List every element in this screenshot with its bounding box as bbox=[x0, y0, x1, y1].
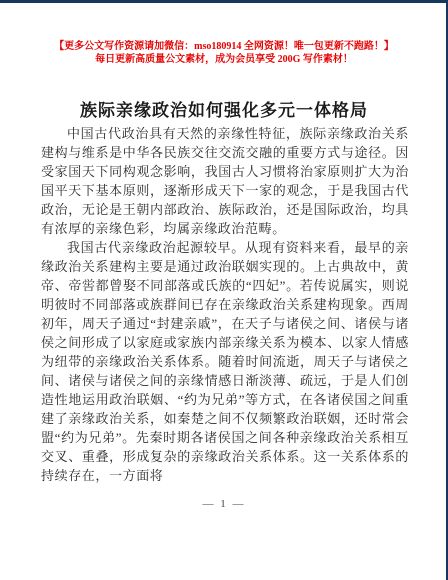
promo-banner: 【更多公文写作资源请加微信：mso180914 全网资源！唯一包更新不跑路！】 … bbox=[0, 40, 448, 66]
document-page: 【更多公文写作资源请加微信：mso180914 全网资源！唯一包更新不跑路！】 … bbox=[0, 0, 448, 580]
body-paragraph-1: 中国古代政治具有天然的亲缘性特征，族际亲缘政治关系建构与维系是中华各民族交往交流… bbox=[41, 124, 409, 238]
page-number: — 1 — bbox=[0, 498, 448, 510]
promo-banner-line1: 【更多公文写作资源请加微信：mso180914 全网资源！唯一包更新不跑路！】 bbox=[0, 40, 448, 53]
body-paragraph-2: 我国古代亲缘政治起源较早。从现有资料来看，最早的亲缘政治关系建构主要是通过政治联… bbox=[41, 238, 409, 485]
promo-banner-line2: 每日更新高质量公文素材，成为会员享受 200G 写作素材！ bbox=[0, 53, 448, 66]
document-title: 族际亲缘政治如何强化多元一体格局 bbox=[0, 96, 448, 121]
document-body: 中国古代政治具有天然的亲缘性特征，族际亲缘政治关系建构与维系是中华各民族交往交流… bbox=[41, 124, 409, 485]
page-top-frame-line bbox=[0, 0, 448, 3]
